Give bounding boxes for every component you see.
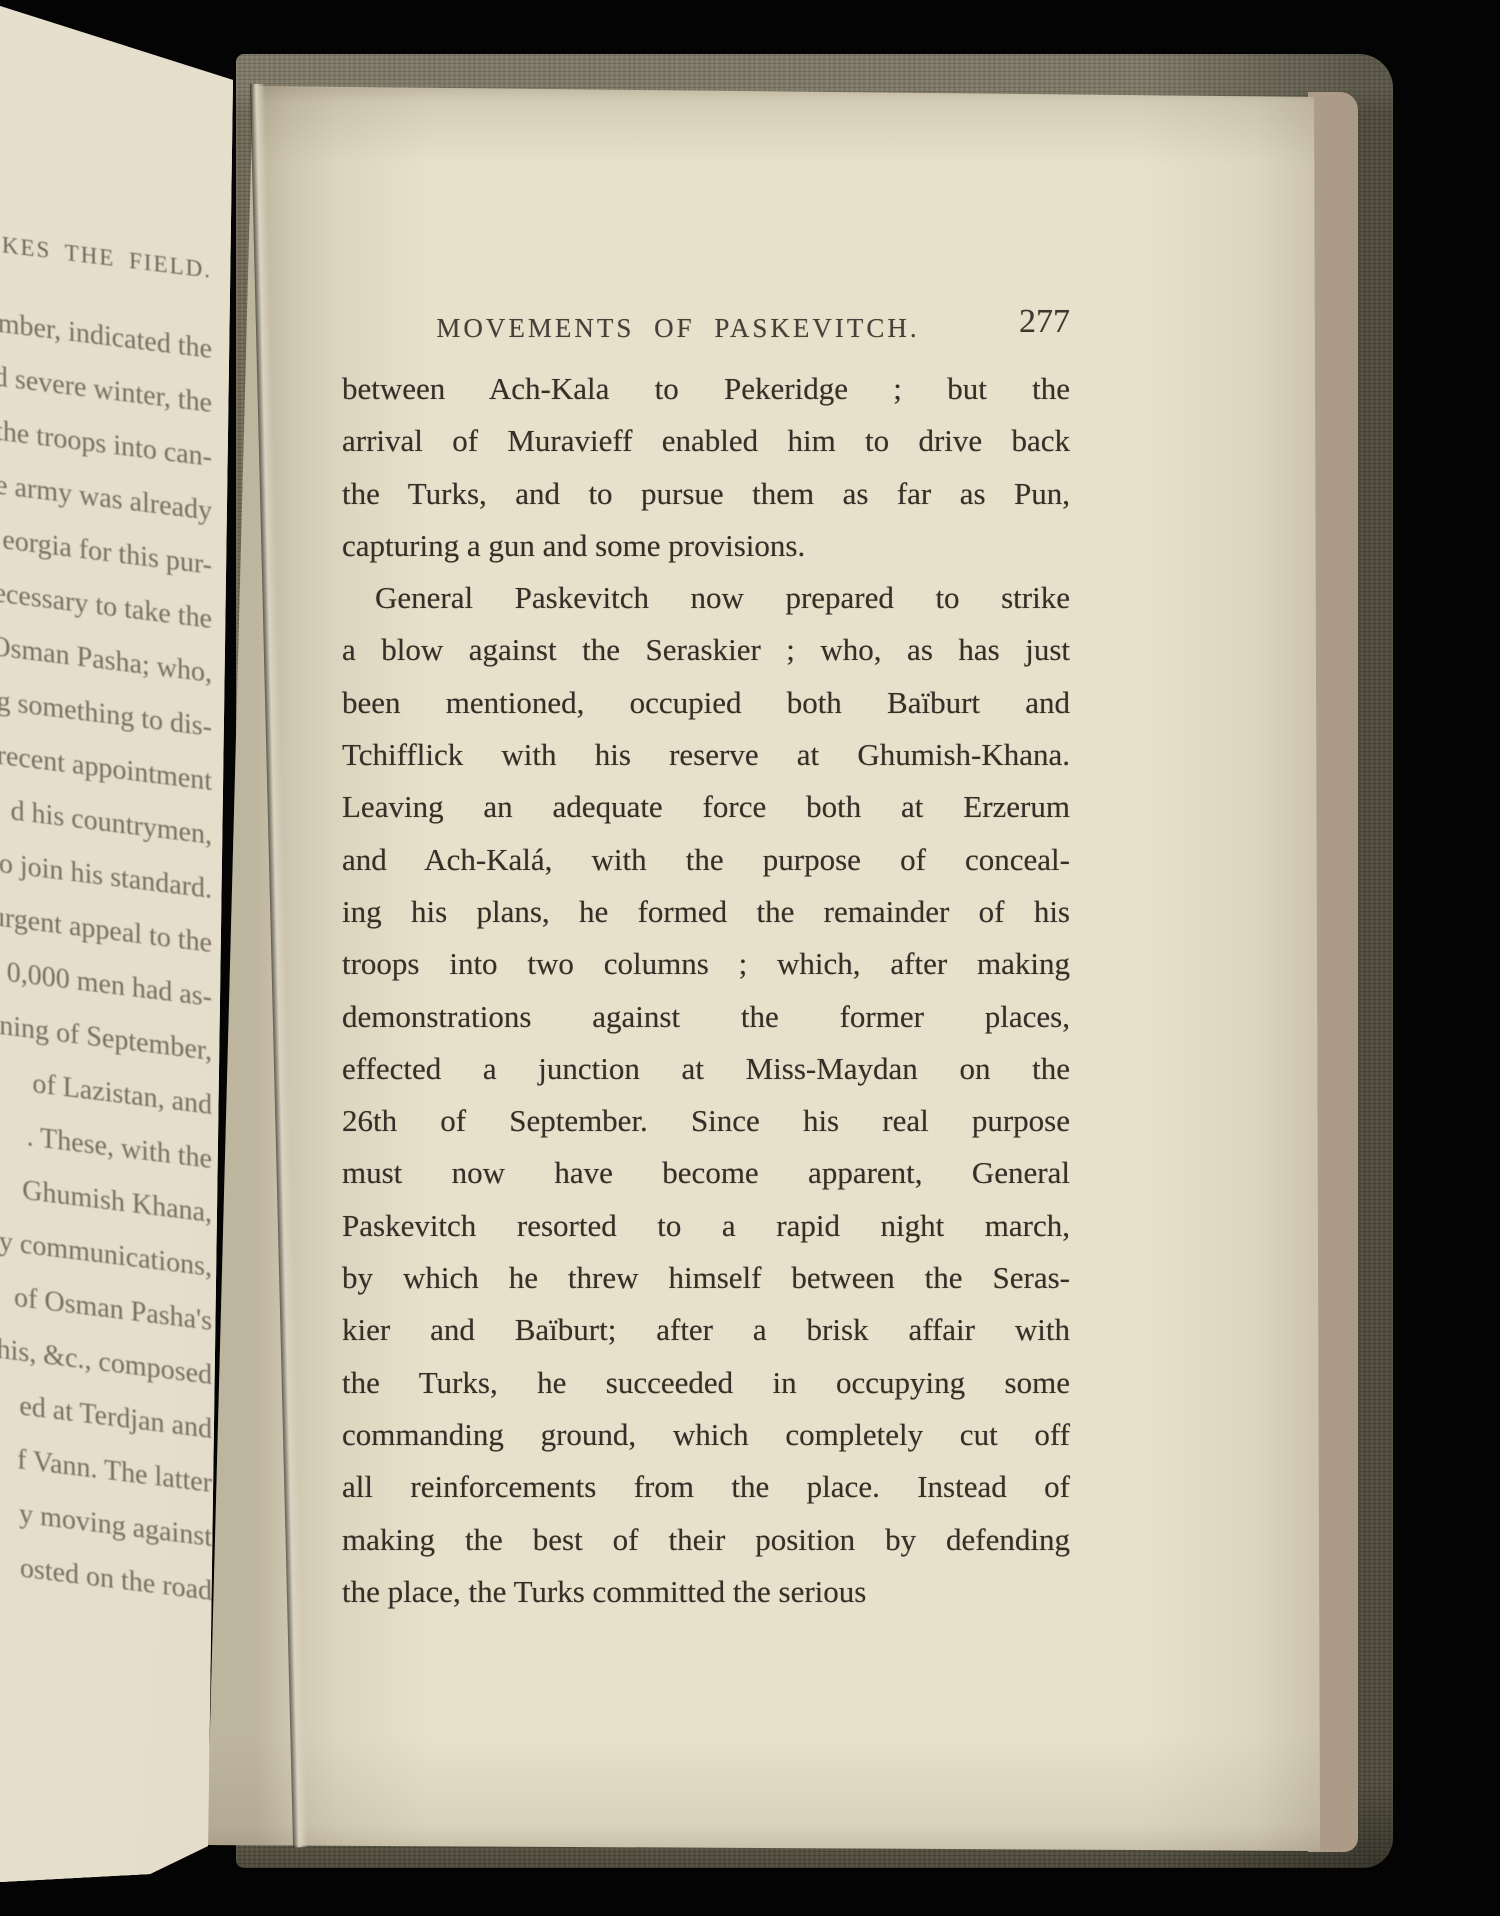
left-running-header-fragment: KES THE FIELD. — [0, 203, 220, 294]
text-line: Paskevitch resorted to a rapid night mar… — [342, 1200, 1070, 1252]
text-line: all reinforcements from the place. Inste… — [342, 1461, 1070, 1513]
text-line: ing his plans, he formed the remainder o… — [342, 886, 1070, 938]
text-line: effected a junction at Miss-Maydan on th… — [342, 1043, 1070, 1095]
left-page-text: KES THE FIELD. tember, indicated the d s… — [0, 203, 220, 1618]
text-line: must now have become apparent, General — [342, 1147, 1070, 1199]
text-line: troops into two columns ; which, after m… — [342, 938, 1070, 990]
text-line: a blow against the Seraskier ; who, as h… — [342, 624, 1070, 676]
text-line: Leaving an adequate force both at Erzeru… — [342, 781, 1070, 833]
text-line: capturing a gun and some provisions. — [342, 520, 1070, 572]
text-line: and Ach-Kalá, with the purpose of concea… — [342, 834, 1070, 886]
book-photo: MOVEMENTS OF PASKEVITCH. 277 between Ach… — [0, 0, 1500, 1916]
text-line: making the best of their position by def… — [342, 1514, 1070, 1566]
text-line: by which he threw himself between the Se… — [342, 1252, 1070, 1304]
page-number: 277 — [970, 303, 1070, 341]
text-line: been mentioned, occupied both Baïburt an… — [342, 677, 1070, 729]
text-line: kier and Baïburt; after a brisk affair w… — [342, 1304, 1070, 1356]
running-header: MOVEMENTS OF PASKEVITCH. — [342, 313, 1014, 344]
text-line: Tchifflick with his reserve at Ghumish-K… — [342, 729, 1070, 781]
text-line: arrival of Muravieff enabled him to driv… — [342, 415, 1070, 467]
text-line: the Turks, and to pursue them as far as … — [342, 468, 1070, 520]
text-line: demonstrations against the former places… — [342, 991, 1070, 1043]
text-line: General Paskevitch now prepared to strik… — [342, 572, 1070, 624]
text-line: the Turks, he succeeded in occupying som… — [342, 1357, 1070, 1409]
page-text: between Ach-Kala to Pekeridge ; but the … — [342, 363, 1070, 1618]
text-line: 26th of September. Since his real purpos… — [342, 1095, 1070, 1147]
text-line: commanding ground, which completely cut … — [342, 1409, 1070, 1461]
text-line: between Ach-Kala to Pekeridge ; but the — [342, 363, 1070, 415]
text-line: the place, the Turks committed the serio… — [342, 1566, 1070, 1618]
